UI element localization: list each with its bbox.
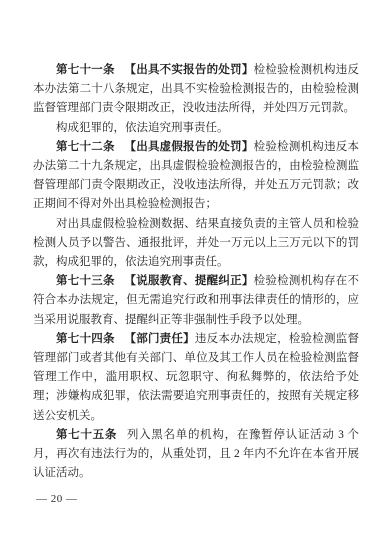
article-title: 【出具虚假报告的处罚】 — [124, 141, 253, 153]
article-73-lead-paragraph: 第七十三条【说服教育、提醒纠正】检验检测机构存在不符合本办法规定，但无需追究行政… — [33, 272, 359, 330]
article-71: 第七十一条【出具不实报告的处罚】检检验检测机构违反本办法第二十八条规定，出具不实… — [33, 61, 359, 138]
article-number: 第七十四条 — [56, 333, 115, 345]
article-74: 第七十四条【部门责任】违反本办法规定，检验检测监督管理部门或者其他有关部门、单位… — [33, 330, 359, 426]
article-title: 【出具不实报告的处罚】 — [124, 64, 253, 76]
article-text: 对出具虚假检验检测数据、结果直接负责的主管人员和检验检测人员予以警告、通报批评，… — [33, 218, 359, 268]
article-title: 【部门责任】 — [124, 333, 194, 345]
article-number: 第七十一条 — [56, 64, 115, 76]
article-75-lead-paragraph: 第七十五条列入黑名单的机构，在豫暂停认证活动 3 个月，再次有违法行为的，从重处… — [33, 426, 359, 484]
page-number: — 20 — — [36, 493, 78, 505]
article-number: 第七十五条 — [56, 429, 117, 441]
article-72-lead-paragraph: 第七十二条【出具虚假报告的处罚】检验检测机构违反本办法第二十九条规定，出具虚假检… — [33, 138, 359, 215]
article-72-paragraph-2: 对出具虚假检验检测数据、结果直接负责的主管人员和检验检测人员予以警告、通报批评，… — [33, 215, 359, 273]
article-75: 第七十五条列入黑名单的机构，在豫暂停认证活动 3 个月，再次有违法行为的，从重处… — [33, 426, 359, 484]
article-text: 违反本办法规定，检验检测监督管理部门或者其他有关部门、单位及其工作人员在检验检测… — [33, 333, 359, 422]
article-number: 第七十二条 — [56, 141, 115, 153]
article-title: 【说服教育、提醒纠正】 — [124, 275, 253, 287]
article-text: 构成犯罪的，依法追究刑事责任。 — [56, 122, 229, 134]
article-71-lead-paragraph: 第七十一条【出具不实报告的处罚】检检验检测机构违反本办法第二十八条规定，出具不实… — [33, 61, 359, 119]
document-body: 第七十一条【出具不实报告的处罚】检检验检测机构违反本办法第二十八条规定，出具不实… — [33, 61, 359, 483]
article-72: 第七十二条【出具虚假报告的处罚】检验检测机构违反本办法第二十九条规定，出具虚假检… — [33, 138, 359, 272]
article-73: 第七十三条【说服教育、提醒纠正】检验检测机构存在不符合本办法规定，但无需追究行政… — [33, 272, 359, 330]
article-71-paragraph-2: 构成犯罪的，依法追究刑事责任。 — [33, 119, 359, 138]
article-number: 第七十三条 — [56, 275, 115, 287]
article-74-lead-paragraph: 第七十四条【部门责任】违反本办法规定，检验检测监督管理部门或者其他有关部门、单位… — [33, 330, 359, 426]
document-page: 第七十一条【出具不实报告的处罚】检检验检测机构违反本办法第二十八条规定，出具不实… — [0, 0, 390, 551]
